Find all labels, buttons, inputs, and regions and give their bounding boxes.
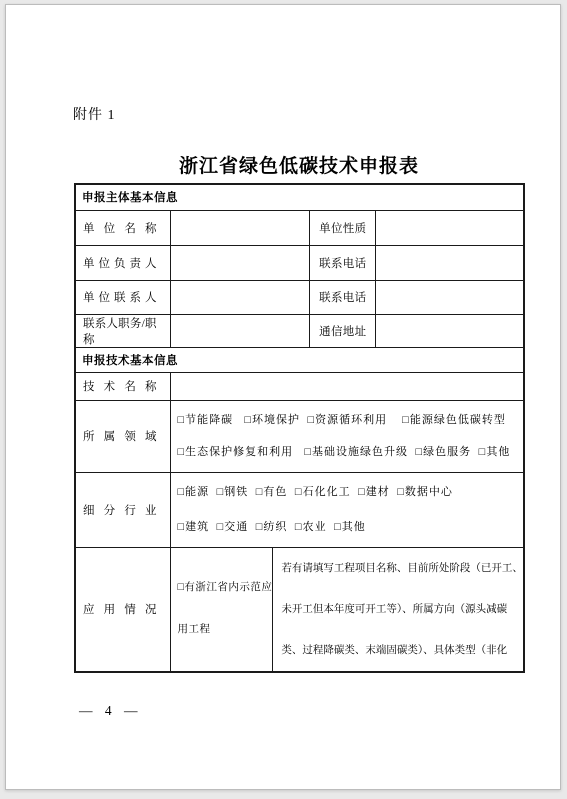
application-desc-line-2: 未开工但本年度可开工等）、所属方向（源头减碳 (281, 589, 523, 630)
field-options-line-1: □节能降碳 □环境保护 □资源循环利用 □能源绿色低碳转型 (178, 404, 523, 436)
field-options-cell: □节能降碳 □环境保护 □资源循环利用 □能源绿色低碳转型 □生态保护修复和利用… (170, 400, 524, 472)
tech-name-row: 技术名称 (75, 372, 524, 400)
tech-name-label: 技术名称 (75, 372, 170, 400)
attachment-label: 附件 1 (73, 104, 116, 124)
contact-title-value-cell (170, 314, 310, 347)
industry-row: 细分行业 □能源 □钢铁 □有色 □石化化工 □建材 □数据中心 □建筑 □交通… (75, 472, 524, 547)
unit-contact-label: 单位联系人 (75, 280, 170, 314)
applicant-row-contact-title: 联系人职务/职称 通信地址 (75, 314, 524, 347)
section-row-applicant: 申报主体基本信息 (75, 184, 524, 210)
application-option-line-2: 用工程 (178, 609, 273, 651)
form-title: 浙江省绿色低碳技术申报表 (74, 151, 498, 178)
mail-address-value-cell (376, 314, 524, 347)
unit-name-label: 单位名称 (75, 210, 170, 245)
industry-label: 细分行业 (75, 472, 170, 547)
tech-name-value-cell (170, 372, 524, 400)
unit-type-value-cell (376, 210, 524, 245)
head-phone-value-cell (376, 245, 524, 280)
applicant-row-unit-name: 单位名称 单位性质 (75, 210, 524, 245)
applicant-row-unit-contact: 单位联系人 联系电话 (75, 280, 524, 314)
contact-phone-value-cell (376, 280, 524, 314)
field-options-line-2: □生态保护修复和利用 □基础设施绿色升级 □绿色服务 □其他 (178, 436, 523, 468)
application-desc-line-1: 若有请填写工程项目名称、目前所处阶段（已开工、 (281, 548, 523, 589)
unit-type-label: 单位性质 (310, 210, 376, 245)
contact-phone-label: 联系电话 (310, 280, 376, 314)
unit-head-value-cell (170, 245, 310, 280)
section-header-technology: 申报技术基本信息 (75, 347, 524, 372)
application-form-table: 申报主体基本信息 单位名称 单位性质 单位负责人 联系电话 单位联系人 联系电话… (74, 183, 525, 673)
industry-options-line-2: □建筑 □交通 □纺织 □农业 □其他 (178, 510, 523, 545)
field-label: 所属领域 (75, 400, 170, 472)
application-desc-line-3: 类、过程降碳类、末端固碳类）、具体类型（非化 (281, 630, 523, 671)
section-header-applicant: 申报主体基本信息 (75, 184, 524, 210)
application-row: 应用情况 □有浙江省内示范应 用工程 若有请填写工程项目名称、目前所处阶段（已开… (75, 547, 524, 672)
application-option-line-1: □有浙江省内示范应 (178, 567, 273, 609)
head-phone-label: 联系电话 (310, 245, 376, 280)
unit-name-value-cell (170, 210, 310, 245)
application-label: 应用情况 (75, 547, 170, 672)
application-option-cell: □有浙江省内示范应 用工程 (170, 547, 273, 672)
applicant-row-unit-head: 单位负责人 联系电话 (75, 245, 524, 280)
field-row: 所属领域 □节能降碳 □环境保护 □资源循环利用 □能源绿色低碳转型 □生态保护… (75, 400, 524, 472)
mail-address-label: 通信地址 (310, 314, 376, 347)
industry-options-cell: □能源 □钢铁 □有色 □石化化工 □建材 □数据中心 □建筑 □交通 □纺织 … (170, 472, 524, 547)
page-number: — 4 — (79, 703, 138, 719)
contact-title-label: 联系人职务/职称 (75, 314, 170, 347)
unit-contact-value-cell (170, 280, 310, 314)
document-page: 附件 1 浙江省绿色低碳技术申报表 申报主体基本信息 单位名称 单位性质 单位负… (5, 4, 561, 790)
section-row-technology: 申报技术基本信息 (75, 347, 524, 372)
unit-head-label: 单位负责人 (75, 245, 170, 280)
industry-options-line-1: □能源 □钢铁 □有色 □石化化工 □建材 □数据中心 (178, 475, 523, 510)
application-desc-cell: 若有请填写工程项目名称、目前所处阶段（已开工、 未开工但本年度可开工等）、所属方… (273, 547, 524, 672)
